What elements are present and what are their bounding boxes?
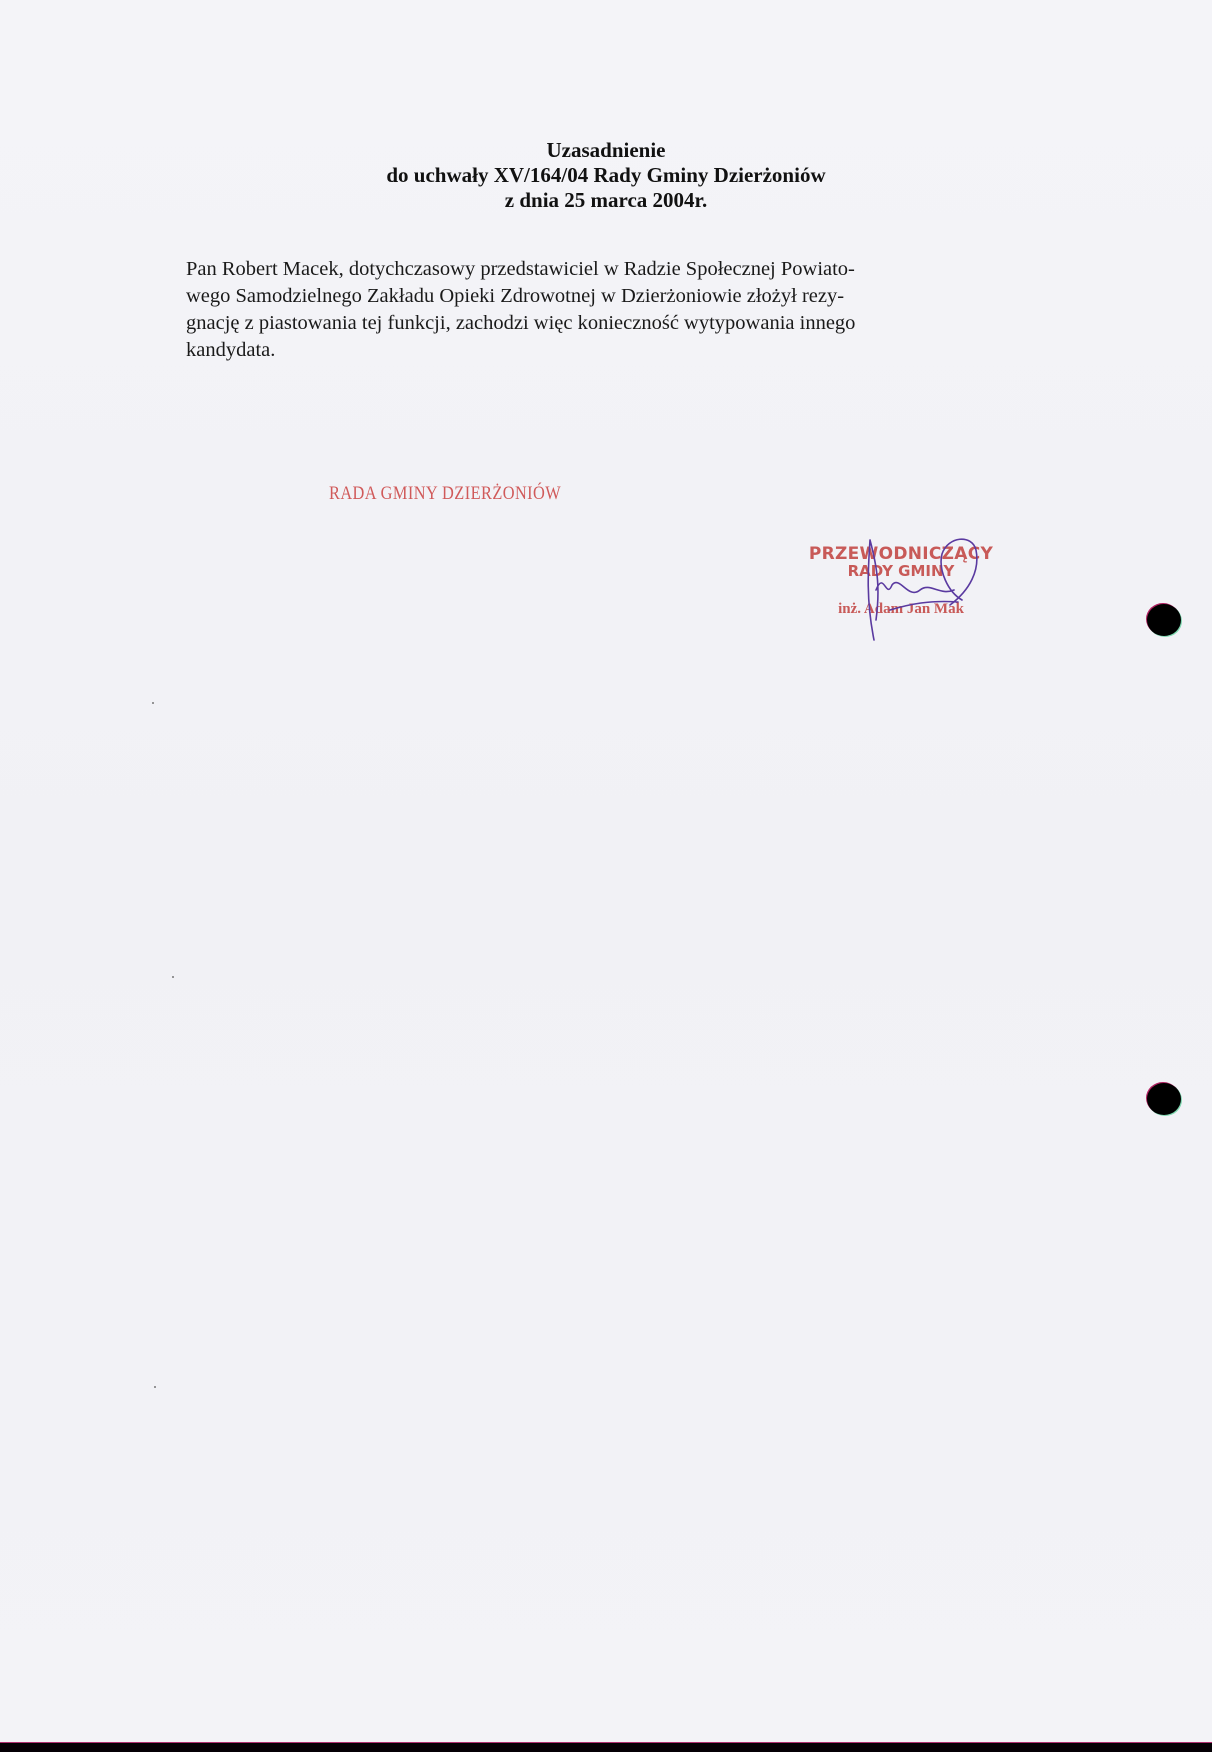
paragraph-line: kandydata.	[186, 337, 1026, 364]
paragraph-line: Pan Robert Macek, dotychczasowy przedsta…	[186, 256, 1026, 283]
paragraph-line: wego Samodzielnego Zakładu Opieki Zdrowo…	[186, 283, 1026, 310]
council-stamp: RADA GMINY DZIERŻONIÓW	[329, 483, 561, 505]
document-title: Uzasadnienie	[0, 138, 1212, 163]
handwritten-signature	[830, 530, 1010, 645]
scan-speck	[154, 1386, 156, 1388]
punch-hole-lower	[1147, 1083, 1181, 1115]
justification-paragraph: Pan Robert Macek, dotychczasowy przedsta…	[186, 256, 1026, 364]
scan-bottom-edge	[0, 1742, 1212, 1752]
resolution-date: z dnia 25 marca 2004r.	[0, 188, 1212, 213]
scan-speck	[172, 976, 174, 978]
resolution-reference: do uchwały XV/164/04 Rady Gminy Dzierżon…	[0, 163, 1212, 188]
paragraph-line: gnację z piastowania tej funkcji, zachod…	[186, 310, 1026, 337]
punch-hole-upper	[1147, 604, 1181, 636]
scan-speck	[152, 702, 154, 704]
scanned-page: Uzasadnienie do uchwały XV/164/04 Rady G…	[0, 0, 1212, 1744]
